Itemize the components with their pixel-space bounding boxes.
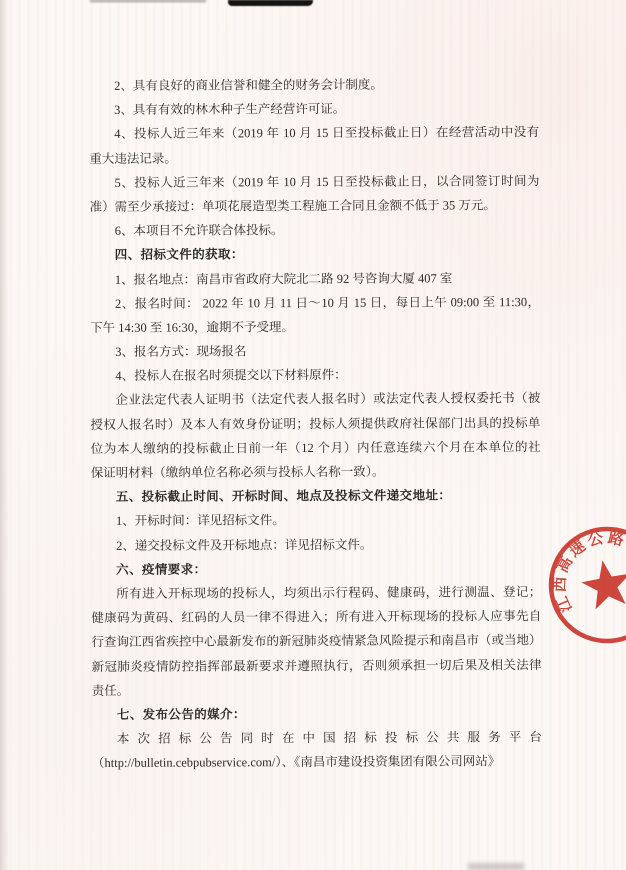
page-edge-shadow	[0, 0, 9, 870]
text-line: 五、投标截止时间、开标时间、地点及投标文件递交地址：	[91, 483, 541, 509]
text-line: 七、发布公告的媒介：	[92, 701, 542, 727]
text-line: 2、递交投标文件及开标地点：详见招标文件。	[91, 532, 541, 558]
text-line: 5、投标人近三年来（2019 年 10 月 15 日至投标截止日，以合同签订时间…	[89, 169, 539, 195]
star-icon	[578, 556, 626, 611]
text-line: 3、具有有效的林木种子生产经营许可证。	[89, 96, 539, 122]
text-line: 3、报名方式：现场报名	[90, 338, 540, 364]
text-line: 下午 14:30 至 16:30，逾期不予受理。	[90, 314, 540, 340]
seal-text: 江西高速公路有限公司	[551, 527, 626, 615]
text-line: 4、投标人在报名时须提交以下材料原件：	[90, 362, 540, 388]
scan-smudge-top-left	[90, 0, 206, 2]
text-line: 4、投标人近三年来（2019 年 10 月 15 日至投标截止日）在经营活动中没…	[89, 120, 539, 146]
text-line: 健康码为黄码、红码的人员一律不得进入；所有进入开标现场的投标人应事先自	[91, 604, 541, 630]
text-line: 新冠肺炎疫情防控指挥部最新要求并遵照执行，否则须承担一切后果及相关法律	[92, 653, 542, 679]
text-line: 1、开标时间：详见招标文件。	[91, 507, 541, 533]
document-body: 2、具有良好的商业信誉和健全的财务会计制度。3、具有有效的林木种子生产经营许可证…	[89, 72, 542, 775]
text-line: 所有进入开标现场的投标人，均须出示行程码、健康码，进行测温、登记；	[91, 580, 541, 606]
text-line: 重大违法记录。	[89, 145, 539, 171]
text-line: 责任。	[92, 677, 542, 703]
text-line: 2、报名时间： 2022 年 10 月 11 日～10 月 15 日，每日上午 …	[90, 290, 540, 316]
text-line: 保证明材料（缴纳单位名称必须与投标人名称一致）。	[91, 459, 541, 485]
text-line: 位为本人缴纳的投标截止日前一年（12 个月）内任意连续六个月在本单位的社	[91, 435, 541, 461]
text-line: （http://bulletin.cebpubservice.com/）、《南昌…	[92, 749, 542, 775]
svg-text:江西高速公路有限公司: 江西高速公路有限公司	[551, 527, 626, 615]
text-line: 授权人报名时）及本人有效身份证明；投标人须提供政府社保部门出具的投标单	[90, 411, 540, 437]
text-line: 2、具有良好的商业信誉和健全的财务会计制度。	[89, 72, 539, 98]
text-line: 本次招标公告同时在中国招标投标公共服务平台	[92, 725, 542, 751]
text-line: 六、疫情要求：	[91, 556, 541, 582]
text-line: 四、招标文件的获取：	[90, 241, 540, 267]
text-line: 6、本项目不允许联合体投标。	[90, 217, 540, 243]
text-line: 行查询江西省疾控中心最新发布的新冠肺炎疫情紧急风险提示和南昌市（或当地）	[91, 628, 541, 654]
seal-ring	[551, 529, 626, 641]
text-line: 1、报名地点：南昌市省政府大院北二路 92 号咨询大厦 407 室	[90, 266, 540, 292]
text-line: 企业法定代表人证明书（法定代表人报名时）或法定代表人授权委托书（被	[90, 386, 540, 412]
document-page: 2、具有良好的商业信誉和健全的财务会计制度。3、具有有效的林木种子生产经营许可证…	[0, 0, 626, 870]
text-line: 准）需至少承接过：单项花展造型类工程施工合同且金额不低于 35 万元。	[90, 193, 540, 219]
scan-smudge-top	[228, 0, 313, 6]
seal-group: 江西高速公路有限公司	[551, 527, 626, 641]
scan-smudge-bottom-right	[468, 863, 524, 870]
